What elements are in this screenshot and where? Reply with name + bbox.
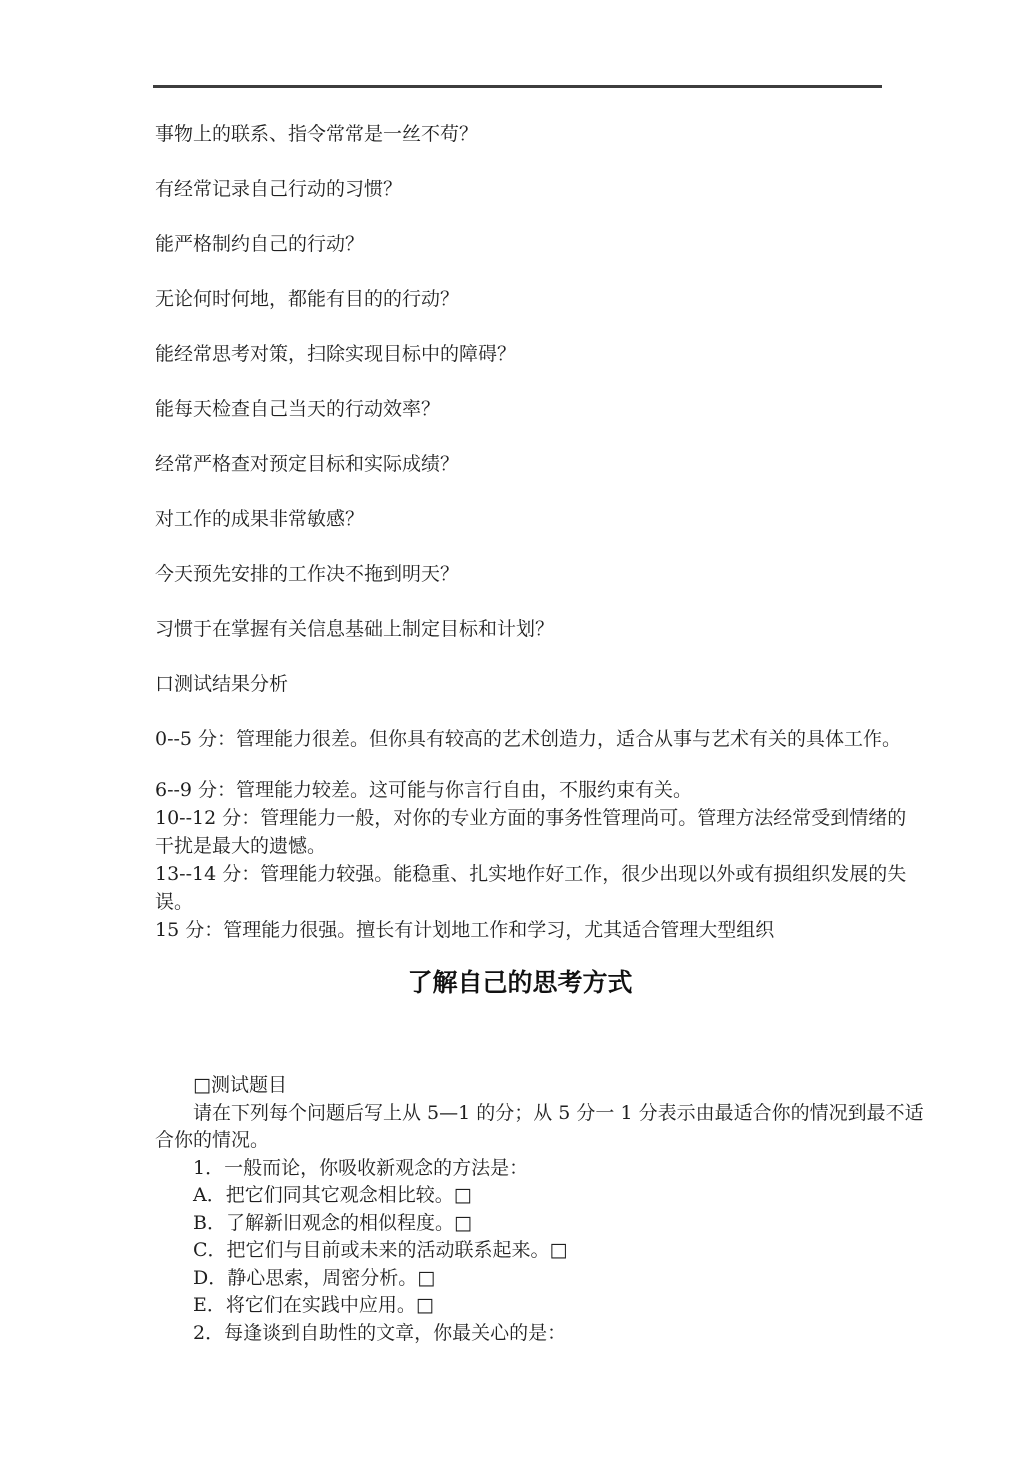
header-rule: [153, 85, 882, 88]
analysis-line: 误。: [155, 888, 885, 916]
survey-question: 事物上的联系、指令常常是一丝不苟？: [155, 120, 885, 148]
test-item: D．静心思索，周密分析。□: [155, 1265, 885, 1293]
survey-question: 经常严格查对预定目标和实际成绩？: [155, 450, 885, 478]
analysis-line: 13--14 分：管理能力较强。能稳重、扎实地作好工作，很少出现以外或有损组织发…: [155, 860, 885, 888]
test-label: □测试题目: [155, 1072, 885, 1100]
analysis-heading: 口测试结果分析: [155, 670, 885, 698]
analysis-line: 15 分：管理能力很强。擅长有计划地工作和学习，尤其适合管理大型组织: [155, 916, 885, 944]
test-item: 1．一般而论，你吸收新观念的方法是：: [155, 1155, 885, 1183]
analysis-section: 6--9 分：管理能力较差。这可能与你言行自由，不服约束有关。 10--12 分…: [155, 776, 885, 944]
test-item: 2．每逢谈到自助性的文章，你最关心的是：: [155, 1320, 885, 1348]
test-item: C．把它们与目前或未来的活动联系起来。□: [155, 1237, 885, 1265]
test-item: E．将它们在实践中应用。□: [155, 1292, 885, 1320]
analysis-line: 6--9 分：管理能力较差。这可能与你言行自由，不服约束有关。: [155, 776, 885, 804]
questions-section: 事物上的联系、指令常常是一丝不苟？ 有经常记录自己行动的习惯？ 能严格制约自己的…: [155, 120, 885, 780]
test-item: A．把它们同其它观念相比较。□: [155, 1182, 885, 1210]
survey-question: 习惯于在掌握有关信息基础上制定目标和计划？: [155, 615, 885, 643]
survey-question: 能严格制约自己的行动？: [155, 230, 885, 258]
instruction-line: 合你的情况。: [155, 1127, 885, 1155]
survey-question: 对工作的成果非常敏感？: [155, 505, 885, 533]
test-section: □测试题目 请在下列每个问题后写上从 5—1 的分；从 5 分一 1 分表示由最…: [155, 1072, 885, 1347]
survey-question: 能每天检查自己当天的行动效率？: [155, 395, 885, 423]
survey-question: 能经常思考对策，扫除实现目标中的障碍？: [155, 340, 885, 368]
analysis-line: 干扰是最大的遗憾。: [155, 832, 885, 860]
survey-question: 有经常记录自己行动的习惯？: [155, 175, 885, 203]
survey-question: 今天预先安排的工作决不拖到明天？: [155, 560, 885, 588]
analysis-line: 0--5 分：管理能力很差。但你具有较高的艺术创造力，适合从事与艺术有关的具体工…: [155, 725, 885, 753]
instruction-line: 请在下列每个问题后写上从 5—1 的分；从 5 分一 1 分表示由最适合你的情况…: [155, 1100, 885, 1128]
section-title: 了解自己的思考方式: [155, 965, 885, 1001]
survey-question: 无论何时何地，都能有目的的行动？: [155, 285, 885, 313]
analysis-line: 10--12 分：管理能力一般，对你的专业方面的事务性管理尚可。管理方法经常受到…: [155, 804, 885, 832]
test-item: B．了解新旧观念的相似程度。□: [155, 1210, 885, 1238]
document-page: 事物上的联系、指令常常是一丝不苟？ 有经常记录自己行动的习惯？ 能严格制约自己的…: [0, 0, 1036, 1465]
